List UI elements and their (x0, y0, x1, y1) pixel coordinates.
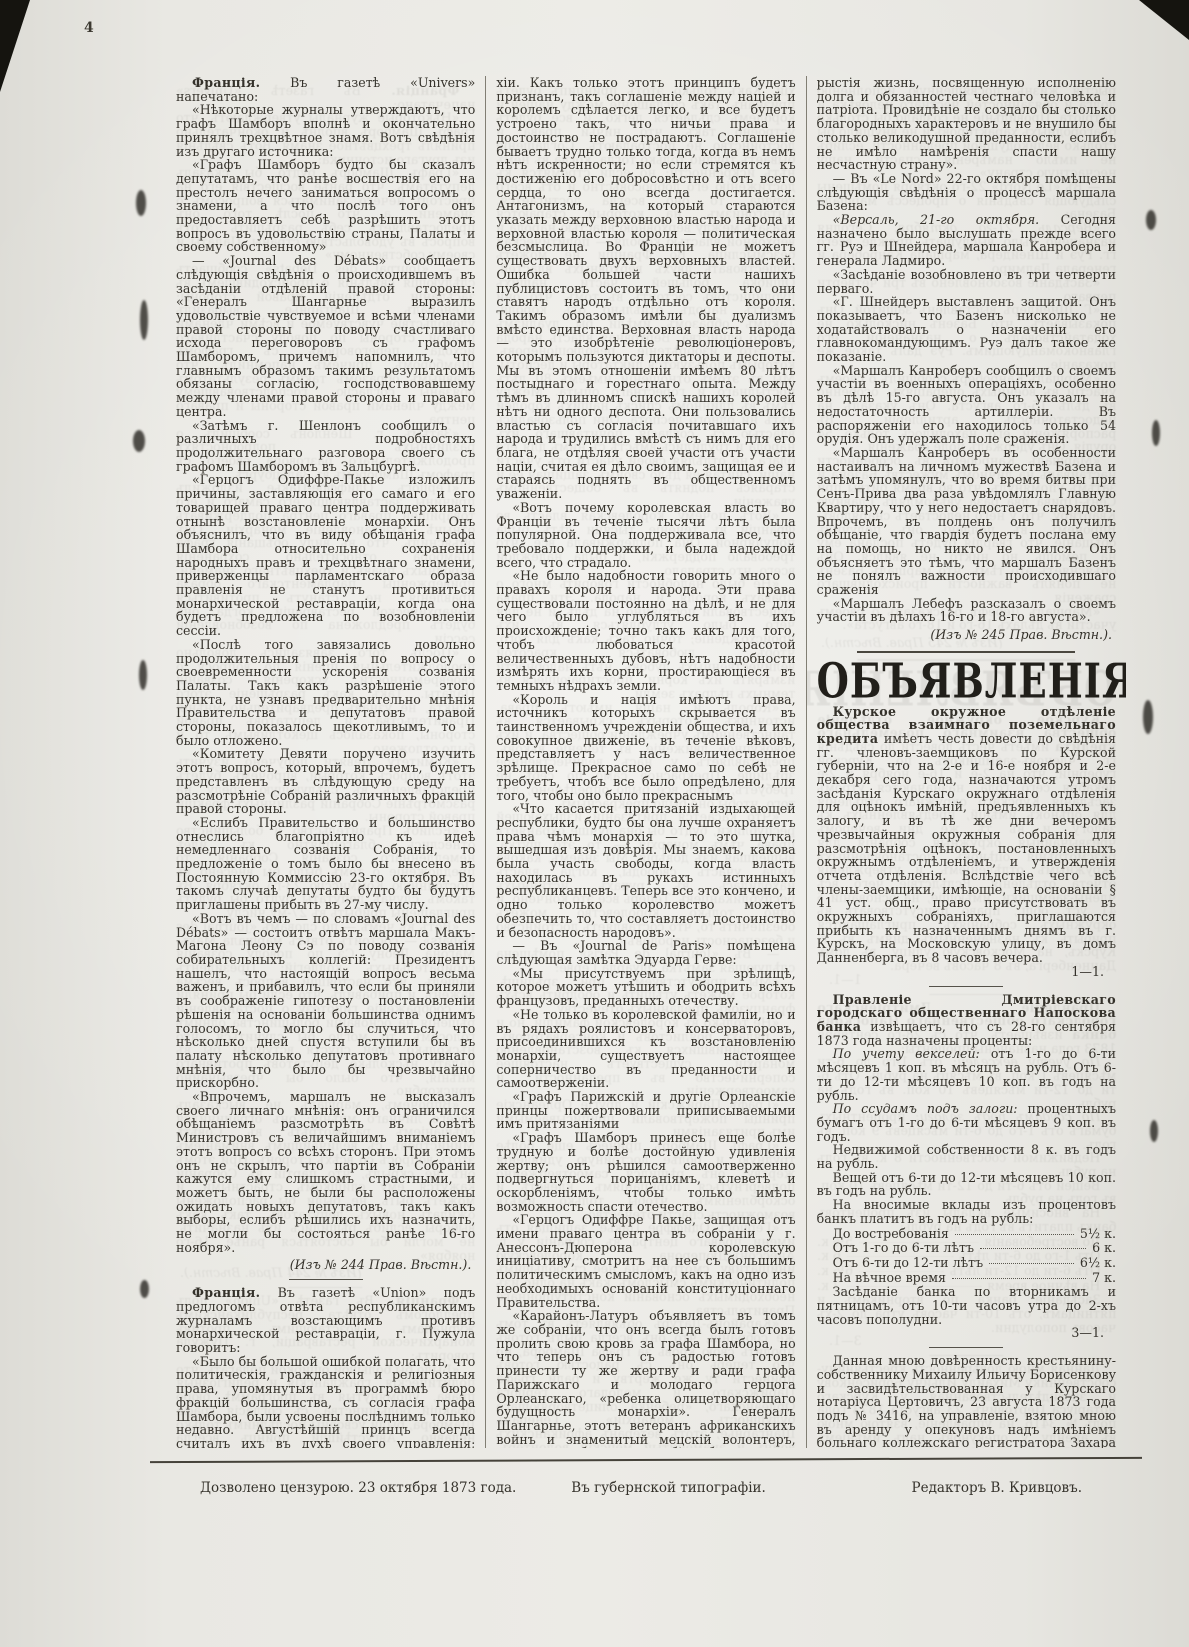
column-wrap-3: рыстія жизнь, посвященную исполненію дол… (806, 76, 1126, 1448)
paragraph: На вносимые вклады изъ процентовъ банкъ … (817, 1198, 1116, 1225)
paragraph: «Карайонъ-Латуръ объявляетъ въ томъ же с… (496, 1309, 795, 1448)
scan-artifact-blob (1150, 1120, 1158, 1142)
column-1: Франція. Въ газетѣ «Univers» напечатано:… (176, 76, 475, 1448)
bold-lead: Франція. (192, 76, 260, 90)
paragraph: «Не было надобности говорить много о пра… (496, 569, 795, 692)
dot-leader (955, 1234, 1074, 1235)
paragraph: «Послѣ того завязались довольно продолжи… (176, 638, 475, 748)
paragraph: «Впрочемъ, маршалъ не высказалъ своего л… (176, 1090, 475, 1254)
rate-value: 7 к. (1092, 1271, 1116, 1285)
italic-lead: По ссудамъ подъ залоги: (833, 1101, 1018, 1116)
page-content: Франція. Въ газетѣ «Univers» напечатано:… (166, 76, 1126, 1448)
section-divider (289, 1279, 363, 1280)
paragraph: «Что касается притязаній издыхающей респ… (496, 802, 795, 939)
bold-lead: Курское окружное отдѣленіе общества взаи… (817, 704, 1116, 746)
paragraph: Вещей отъ 6-ти до 12-ти мѣсяцевъ 10 коп.… (817, 1171, 1116, 1198)
paragraph: Правленіе Дмитріевскаго городскаго общес… (817, 993, 1116, 1048)
column-3: рыстія жизнь, посвященную исполненію дол… (817, 76, 1116, 1448)
paragraph: «Графъ Шамборъ будто бы сказалъ депутата… (176, 158, 475, 254)
paragraph: «Графъ Шамборъ принесъ еще болѣе трудную… (496, 1131, 795, 1213)
page-number: 4 (84, 20, 94, 36)
scan-artifact-blob (133, 430, 145, 452)
paragraph: Франція. Въ газетѣ «Univers» напечатано: (176, 76, 475, 103)
paragraph: «Маршалъ Лебефъ разсказалъ о своемъ учас… (817, 597, 1116, 624)
paragraph: рыстія жизнь, посвященную исполненію дол… (817, 76, 1116, 172)
column-wrap-1: Франція. Въ газетѣ «Univers» напечатано:… (166, 76, 485, 1448)
editor-line: Редакторъ В. Кривцовъ. (806, 1480, 1126, 1496)
dot-leader (952, 1278, 1086, 1279)
paragraph: «Еслибъ Правительство и большинство отне… (176, 816, 475, 912)
scan-artifact-blob (136, 190, 146, 216)
scan-artifact-blob (140, 300, 148, 340)
scan-artifact-blob (1152, 420, 1160, 446)
rate-label: Отъ 6-ти до 12-ти лѣтъ (833, 1256, 984, 1270)
paragraph: хіи. Какъ только этотъ принципъ будетъ п… (496, 76, 795, 501)
rate-label: До востребованія (833, 1227, 949, 1241)
paragraph: — Въ «Journal de Paris» помѣщена слѣдующ… (496, 939, 795, 966)
paragraph: Засѣданіе банка по вторникамъ и пятницам… (817, 1285, 1116, 1326)
paragraph: «Маршалъ Канроберъ въ особенности настаи… (817, 446, 1116, 597)
rate-value: 6 к. (1092, 1241, 1116, 1255)
scan-artifact-blob (139, 660, 147, 690)
rate-value: 5½ к. (1080, 1227, 1116, 1241)
printer-line: Въ губернской типографіи. (531, 1480, 807, 1496)
footer: Дозволено цензурою. 23 октября 1873 года… (166, 1480, 1126, 1496)
paragraph: «Комитету Девяти поручено изучить этотъ … (176, 747, 475, 816)
paragraph: Франція. Въ газетѣ «Union» подъ предлого… (176, 1286, 475, 1355)
italic-lead: «Версаль, 21-го октября. (833, 212, 1040, 227)
paragraph: «Нѣкоторые журналы утверждаютъ, что граф… (176, 103, 475, 158)
bold-lead: Правленіе Дмитріевскаго городскаго общес… (817, 992, 1116, 1034)
column-wrap-2: хіи. Какъ только этотъ принципъ будетъ п… (485, 76, 805, 1448)
paragraph: — «Journal des Débats» сообщаетъ слѣдующ… (176, 254, 475, 418)
source-attribution: (Изъ № 244 Прав. Вѣстн.). (176, 1258, 471, 1272)
dot-leader (980, 1248, 1086, 1249)
footer-rule (150, 1457, 1142, 1463)
paragraph: По учету векселей: отъ 1-го до 6-ти мѣся… (817, 1047, 1116, 1102)
paragraph: «Маршалъ Канроберъ сообщилъ о своемъ уча… (817, 364, 1116, 446)
paragraph: «Было бы большой ошибкой полагать, что п… (176, 1355, 475, 1448)
source-attribution: (Изъ № 245 Прав. Вѣстн.). (817, 628, 1112, 642)
insertion-count-mark: 3—1. (817, 1326, 1116, 1340)
rate-row: Отъ 6-ти до 12-ти лѣтъ6½ к. (817, 1256, 1116, 1270)
scan-artifact-corner (1139, 0, 1189, 40)
paragraph: «Графъ Парижскій и другіе Орлеанскіе при… (496, 1090, 795, 1131)
rate-label: На вѣчное время (833, 1271, 946, 1285)
section-divider (929, 986, 1003, 987)
scan-artifact-blob (140, 1280, 149, 1298)
italic-lead: По учету векселей: (833, 1046, 980, 1061)
paragraph: «Герцогъ Одиффре Пакье, защищая отъ имен… (496, 1213, 795, 1309)
paragraph: «Засѣданіе возобновлено въ три четверти … (817, 268, 1116, 295)
ads-section-heading: ОБЪЯВЛЕНІЯ. (817, 673, 1116, 691)
paragraph: «Мы присутствуемъ при зрѣлищѣ, которое м… (496, 967, 795, 1008)
scan-artifact-blob (1143, 700, 1153, 734)
paragraph: «Герцогъ Одиффре-Пакье изложилъ причины,… (176, 473, 475, 637)
scan-artifact-corner (0, 0, 30, 92)
newspaper-page: 4 Франція. Въ газетѣ «Univers» напечатан… (0, 0, 1189, 1647)
rate-value: 6½ к. (1080, 1256, 1116, 1270)
paragraph: «Затѣмъ г. Шенлонъ сообщилъ о различныхъ… (176, 419, 475, 474)
paragraph: «Вотъ почему королевская власть во Франц… (496, 501, 795, 570)
paragraph: «Версаль, 21-го октября. Сегодня назначе… (817, 213, 1116, 268)
section-divider (929, 1347, 1003, 1348)
censor-line: Дозволено цензурою. 23 октября 1873 года… (166, 1480, 531, 1496)
paragraph: По ссудамъ подъ залоги: процентныхъ бума… (817, 1102, 1116, 1143)
rate-row: До востребованія5½ к. (817, 1227, 1116, 1241)
bold-lead: Франція. (192, 1285, 260, 1300)
column-2: хіи. Какъ только этотъ принципъ будетъ п… (496, 76, 795, 1448)
rate-label: Отъ 1-го до 6-ти лѣтъ (833, 1241, 974, 1255)
dot-leader (989, 1263, 1074, 1264)
paragraph: «Вотъ въ чемъ — по словамъ «Journal des … (176, 912, 475, 1090)
insertion-count-mark: 1—1. (817, 965, 1116, 979)
paragraph: «Г. Шнейдеръ выставленъ защитой. Онъ пок… (817, 295, 1116, 364)
rate-row: Отъ 1-го до 6-ти лѣтъ6 к. (817, 1241, 1116, 1255)
scan-artifact-blob (1146, 210, 1156, 230)
paragraph: Недвижимой собственности 8 к. въ годъ на… (817, 1143, 1116, 1170)
paragraph: «Не только въ королевской фамиліи, но и … (496, 1008, 795, 1090)
rate-row: На вѣчное время7 к. (817, 1271, 1116, 1285)
paragraph: «Король и нація имѣютъ права, источникъ … (496, 693, 795, 803)
paragraph: — Въ «Le Nord» 22-го октября помѣщены сл… (817, 172, 1116, 213)
paragraph: Данная мною довѣренность крестьянину-соб… (817, 1354, 1116, 1448)
paragraph: Курское окружное отдѣленіе общества взаи… (817, 705, 1116, 965)
